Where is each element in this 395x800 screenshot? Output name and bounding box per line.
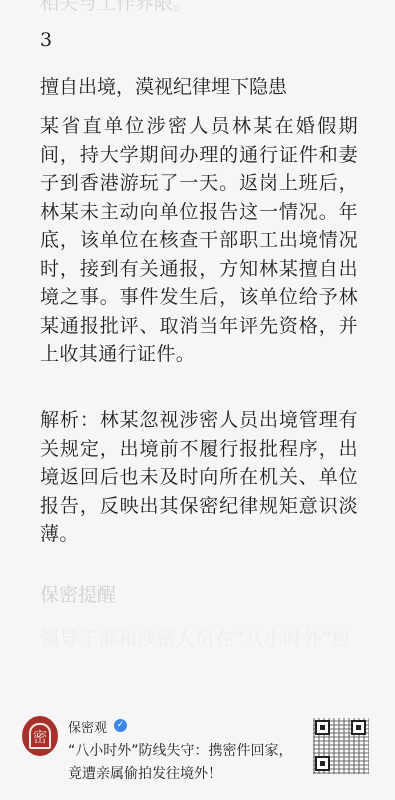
share-card[interactable]: 密 保密观 ✓ “八小时外”防线失守：携密件回家，竟遭亲属偷拍发往境外！ bbox=[0, 700, 395, 800]
qr-finder-icon bbox=[351, 720, 366, 735]
account-avatar[interactable]: 密 bbox=[22, 716, 58, 756]
qr-finder-icon bbox=[315, 720, 330, 735]
account-name[interactable]: 保密观 bbox=[68, 717, 107, 736]
verified-badge-icon: ✓ bbox=[114, 719, 127, 732]
analysis-paragraph: 解析：林某忽视涉密人员出境管理有关规定，出境前不履行报批程序，出境返回后也未及时… bbox=[40, 406, 358, 549]
seal-icon: 密 bbox=[29, 723, 51, 749]
section-title: 擅自出境，漠视纪律埋下隐患 bbox=[40, 76, 287, 98]
card-title[interactable]: “八小时外”防线失守：携密件回家，竟遭亲属偷拍发往境外！ bbox=[68, 740, 298, 786]
case-paragraph: 某省直单位涉密人员林某在婚假期间，持大学期间办理的通行证件和妻子到香港游玩了一天… bbox=[40, 112, 358, 369]
faded-previous-text: 相关与工作界限。 bbox=[40, 0, 192, 15]
qr-finder-icon bbox=[315, 756, 330, 771]
section-number: 3 bbox=[40, 29, 52, 51]
reminder-heading: 保密提醒 bbox=[40, 580, 116, 607]
reminder-text: 领导干部和涉密人员在“八小时外”应 bbox=[40, 624, 351, 651]
qr-code[interactable] bbox=[313, 718, 369, 774]
